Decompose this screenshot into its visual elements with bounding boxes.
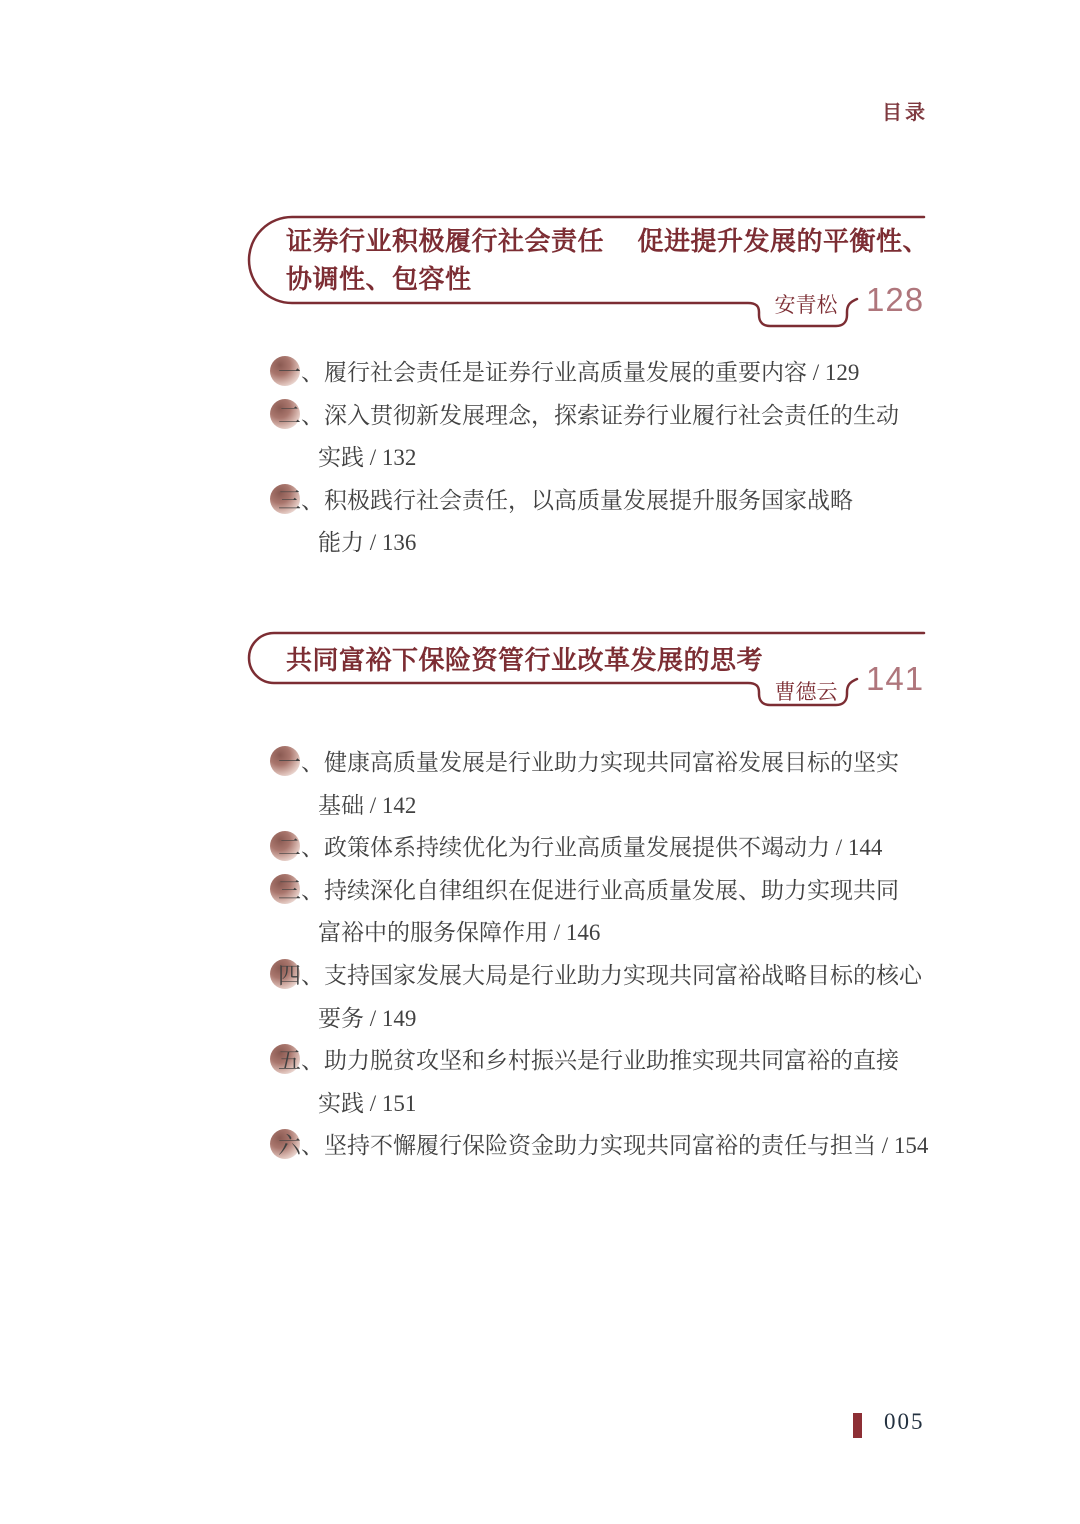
toc-item-text: 三、积极践行社会责任，以高质量发展提升服务国家战略 (278, 488, 853, 513)
section-1-items: 一、履行社会责任是证券行业高质量发展的重要内容 / 129 二、深入贯彻新发展理… (278, 352, 899, 565)
toc-item-text: 二、深入贯彻新发展理念，探索证券行业履行社会责任的生动 (278, 403, 899, 428)
section-2-items: 一、健康高质量发展是行业助力实现共同富裕发展目标的坚实 基础 / 142 二、政… (278, 742, 928, 1168)
toc-item-text: 一、健康高质量发展是行业助力实现共同富裕发展目标的坚实 (278, 750, 899, 775)
toc-item-text: 一、履行社会责任是证券行业高质量发展的重要内容 / 129 (278, 360, 859, 385)
toc-page: 目录 证券行业积极履行社会责任 促进提升发展的平衡性、 协调性、包容性 安青松 … (0, 0, 1080, 1524)
section-2-author: 曹德云 (762, 676, 850, 706)
section-title-line: 证券行业积极履行社会责任 促进提升发展的平衡性、 (286, 223, 929, 261)
toc-item-text: 能力 / 136 (318, 530, 416, 555)
section-title-line: 共同富裕下保险资管行业改革发展的思考 (286, 642, 763, 680)
toc-item-line: 三、积极践行社会责任，以高质量发展提升服务国家战略 (278, 480, 899, 523)
toc-item-line-continuation: 实践 / 151 (278, 1083, 928, 1126)
toc-item-text: 二、政策体系持续优化为行业高质量发展提供不竭动力 / 144 (278, 835, 882, 860)
section-1-author: 安青松 (762, 289, 850, 319)
toc-item-text: 实践 / 132 (318, 445, 416, 470)
section-1-page-number: 128 (866, 281, 924, 319)
running-head: 目录 (882, 96, 928, 125)
toc-item-line: 三、持续深化自律组织在促进行业高质量发展、助力实现共同 (278, 870, 928, 913)
toc-item-text: 富裕中的服务保障作用 / 146 (318, 920, 600, 945)
toc-item-line: 二、政策体系持续优化为行业高质量发展提供不竭动力 / 144 (278, 827, 928, 870)
section-2-title: 共同富裕下保险资管行业改革发展的思考 (286, 642, 763, 680)
toc-item-line-continuation: 要务 / 149 (278, 998, 928, 1041)
toc-item-line: 一、健康高质量发展是行业助力实现共同富裕发展目标的坚实 (278, 742, 928, 785)
toc-item-line-continuation: 基础 / 142 (278, 785, 928, 828)
section-1-title: 证券行业积极履行社会责任 促进提升发展的平衡性、 协调性、包容性 (286, 223, 929, 299)
toc-item-text: 五、助力脱贫攻坚和乡村振兴是行业助推实现共同富裕的直接 (278, 1048, 899, 1073)
toc-item-text: 要务 / 149 (318, 1006, 416, 1031)
folio-number: 005 (884, 1409, 925, 1435)
toc-item-line-continuation: 能力 / 136 (278, 522, 899, 565)
toc-item-text: 六、坚持不懈履行保险资金助力实现共同富裕的责任与担当 / 154 (278, 1133, 928, 1158)
toc-item-line: 一、履行社会责任是证券行业高质量发展的重要内容 / 129 (278, 352, 899, 395)
toc-item-line: 五、助力脱贫攻坚和乡村振兴是行业助推实现共同富裕的直接 (278, 1040, 928, 1083)
toc-item-text: 基础 / 142 (318, 793, 416, 818)
toc-item-text: 三、持续深化自律组织在促进行业高质量发展、助力实现共同 (278, 878, 899, 903)
toc-item-text: 实践 / 151 (318, 1091, 416, 1116)
toc-item-line-continuation: 实践 / 132 (278, 437, 899, 480)
toc-item-text: 四、支持国家发展大局是行业助力实现共同富裕战略目标的核心 (278, 963, 922, 988)
toc-item-line: 六、坚持不懈履行保险资金助力实现共同富裕的责任与担当 / 154 (278, 1125, 928, 1168)
section-2-page-number: 141 (866, 660, 924, 698)
folio-bar-icon (853, 1413, 862, 1438)
toc-item-line-continuation: 富裕中的服务保障作用 / 146 (278, 912, 928, 955)
toc-item-line: 四、支持国家发展大局是行业助力实现共同富裕战略目标的核心 (278, 955, 928, 998)
toc-item-line: 二、深入贯彻新发展理念，探索证券行业履行社会责任的生动 (278, 395, 899, 438)
